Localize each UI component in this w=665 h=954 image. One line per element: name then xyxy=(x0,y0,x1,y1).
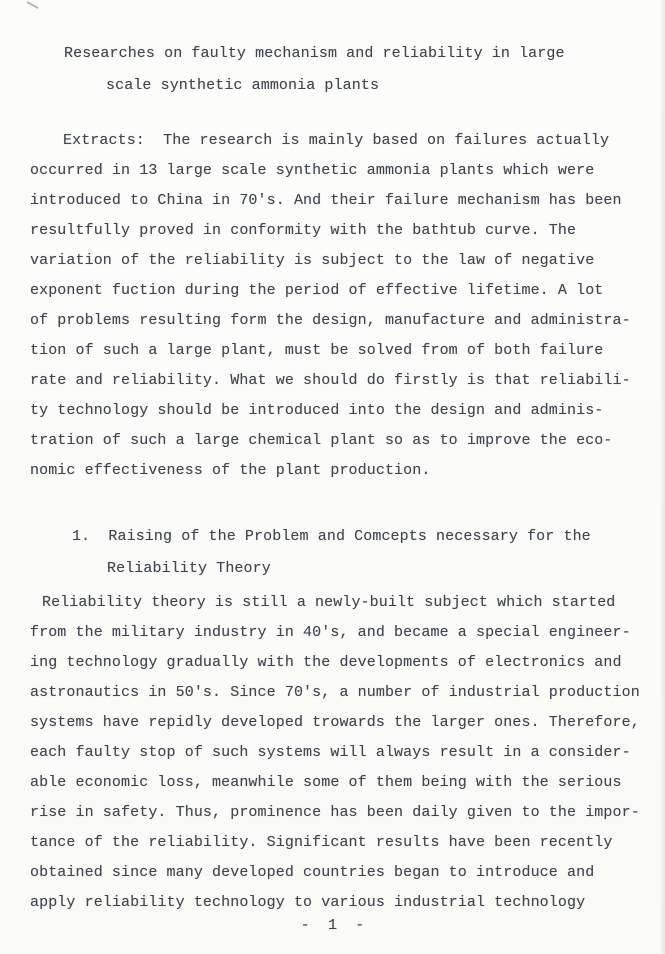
document-title: Researches on faulty mechanism and relia… xyxy=(30,38,637,102)
text-line: tion of such a large plant, must be solv… xyxy=(30,336,647,366)
text-line: able economic loss, meanwhile some of th… xyxy=(30,768,653,798)
text-line: ty technology should be introduced into … xyxy=(30,396,647,426)
text-line: Extracts: The research is mainly based o… xyxy=(30,126,647,156)
page-edge-shadow xyxy=(659,0,665,954)
text-line: tance of the reliability. Significant re… xyxy=(30,828,653,858)
text-line: ing technology gradually with the develo… xyxy=(30,648,653,678)
section-heading: 1. Raising of the Problem and Comcepts n… xyxy=(30,521,637,585)
text-line: of problems resulting form the design, m… xyxy=(30,306,647,336)
text-line: resultfully proved in conformity with th… xyxy=(30,216,647,246)
corner-mark xyxy=(26,1,38,9)
text-line: rise in safety. Thus, prominence has bee… xyxy=(30,798,653,828)
text-line: tration of such a large chemical plant s… xyxy=(30,426,647,456)
abstract-paragraph: Extracts: The research is mainly based o… xyxy=(30,126,647,486)
text-line: obtained since many developed countries … xyxy=(30,858,653,888)
heading-line: Reliability Theory xyxy=(30,553,637,585)
body-paragraph: Reliability theory is still a newly-buil… xyxy=(30,588,653,918)
text-line: systems have repidly developed trowards … xyxy=(30,708,653,738)
text-line: occurred in 13 large scale synthetic amm… xyxy=(30,156,647,186)
page-number: - 1 - xyxy=(301,917,365,934)
text-line: nomic effectiveness of the plant product… xyxy=(30,456,647,486)
title-line: Researches on faulty mechanism and relia… xyxy=(30,38,637,70)
text-line: each faulty stop of such systems will al… xyxy=(30,738,653,768)
text-line: astronautics in 50's. Since 70's, a numb… xyxy=(30,678,653,708)
title-line: scale synthetic ammonia plants xyxy=(30,70,637,102)
text-line: introduced to China in 70's. And their f… xyxy=(30,186,647,216)
text-line: exponent fuction during the period of ef… xyxy=(30,276,647,306)
document-page: Researches on faulty mechanism and relia… xyxy=(0,0,665,954)
text-line: Reliability theory is still a newly-buil… xyxy=(30,588,653,618)
heading-line: 1. Raising of the Problem and Comcepts n… xyxy=(30,521,637,553)
text-line: rate and reliability. What we should do … xyxy=(30,366,647,396)
page-footer: - 1 - xyxy=(0,910,665,941)
text-line: from the military industry in 40's, and … xyxy=(30,618,653,648)
text-line: variation of the reliability is subject … xyxy=(30,246,647,276)
